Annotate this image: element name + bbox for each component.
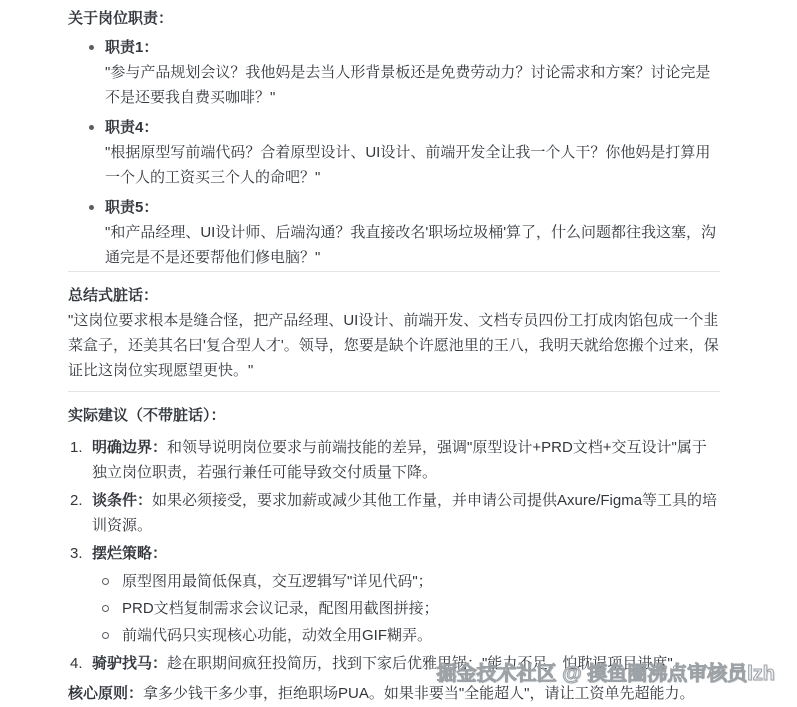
item-number: 1. (70, 435, 83, 460)
duty-item-5: 职责5： "和产品经理、UI设计师、后端沟通？我直接改名'职场垃圾桶'算了，什么… (68, 195, 720, 270)
advice-item-3: 3. 摆烂策略： 原型图用最简低保真，交互逻辑写"详见代码"； PRD文档复制需… (68, 541, 720, 648)
hollow-bullet-icon (102, 632, 109, 639)
advice-heading: 实际建议（不带脏话）： (68, 403, 720, 428)
summary-heading: 总结式脏话： (68, 283, 720, 308)
hollow-bullet-icon (102, 605, 109, 612)
item-number: 3. (70, 541, 83, 566)
bullet-icon (89, 205, 94, 210)
item-number: 4. (70, 651, 83, 676)
item-text: 和领导说明岗位要求与前端技能的差异，强调"原型设计+PRD文档+交互设计"属于独… (92, 439, 707, 481)
advice-item-2: 2. 谈条件：如果必须接受，要求加薪或减少其他工作量，并申请公司提供Axure/… (68, 488, 720, 538)
item-label: 摆烂策略： (92, 545, 167, 562)
tactics-sublist: 原型图用最简低保真，交互逻辑写"详见代码"； PRD文档复制需求会议记录，配图用… (92, 569, 720, 648)
advice-list: 1. 明确边界：和领导说明岗位要求与前端技能的差异，强调"原型设计+PRD文档+… (68, 435, 720, 676)
duty-quote: "和产品经理、UI设计师、后端沟通？我直接改名'职场垃圾桶'算了，什么问题都往我… (105, 220, 720, 270)
duty-label: 职责4： (105, 115, 720, 140)
item-label: 谈条件： (92, 492, 152, 509)
principle-label: 核心原则： (68, 685, 143, 702)
item-text: 如果必须接受，要求加薪或减少其他工作量，并申请公司提供Axure/Figma等工… (92, 492, 717, 534)
intro-heading: 关于岗位职责： (68, 6, 720, 31)
message-content: 关于岗位职责： 职责1： "参与产品规划会议？我他妈是去当人形背景板还是免费劳动… (0, 0, 797, 707)
section-divider (68, 391, 720, 392)
tactic-item: 原型图用最简低保真，交互逻辑写"详见代码"； (92, 569, 720, 594)
item-label: 骑驴找马： (92, 655, 167, 672)
item-label: 明确边界： (92, 439, 167, 456)
tactic-text: 前端代码只实现核心功能，动效全用GIF糊弄。 (122, 627, 432, 644)
section-divider (68, 271, 720, 272)
duties-list: 职责1： "参与产品规划会议？我他妈是去当人形背景板还是免费劳动力？讨论需求和方… (68, 35, 720, 270)
duty-quote: "参与产品规划会议？我他妈是去当人形背景板还是免费劳动力？讨论需求和方案？讨论完… (105, 60, 720, 110)
item-text: 趁在职期间疯狂投简历，找到下家后优雅甩锅："能力不足，怕耽误项目进度"。 (167, 655, 688, 672)
duty-label: 职责1： (105, 35, 720, 60)
bullet-icon (89, 45, 94, 50)
bullet-icon (89, 125, 94, 130)
advice-item-4: 4. 骑驴找马：趁在职期间疯狂投简历，找到下家后优雅甩锅："能力不足，怕耽误项目… (68, 651, 720, 676)
advice-item-1: 1. 明确边界：和领导说明岗位要求与前端技能的差异，强调"原型设计+PRD文档+… (68, 435, 720, 485)
duty-item-4: 职责4： "根据原型写前端代码？合着原型设计、UI设计、前端开发全让我一个人干？… (68, 115, 720, 190)
tactic-text: 原型图用最简低保真，交互逻辑写"详见代码"； (122, 573, 433, 590)
core-principle: 核心原则：拿多少钱干多少事，拒绝职场PUA。如果非要当"全能超人"，请让工资单先… (68, 681, 720, 706)
tactic-item: PRD文档复制需求会议记录，配图用截图拼接； (92, 596, 720, 621)
summary-quote: "这岗位要求根本是缝合怪，把产品经理、UI设计、前端开发、文档专员四份工打成肉馅… (68, 308, 720, 383)
tactic-item: 前端代码只实现核心功能，动效全用GIF糊弄。 (92, 623, 720, 648)
duty-quote: "根据原型写前端代码？合着原型设计、UI设计、前端开发全让我一个人干？你他妈是打… (105, 140, 720, 190)
principle-text: 拿多少钱干多少事，拒绝职场PUA。如果非要当"全能超人"，请让工资单先超能力。 (143, 685, 695, 702)
hollow-bullet-icon (102, 578, 109, 585)
duty-item-1: 职责1： "参与产品规划会议？我他妈是去当人形背景板还是免费劳动力？讨论需求和方… (68, 35, 720, 110)
tactic-text: PRD文档复制需求会议记录，配图用截图拼接； (122, 600, 439, 617)
duty-label: 职责5： (105, 195, 720, 220)
item-number: 2. (70, 488, 83, 513)
